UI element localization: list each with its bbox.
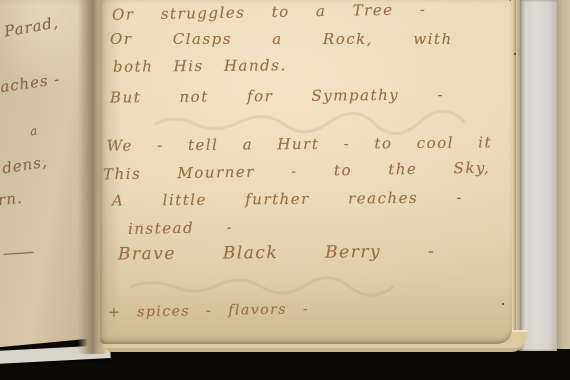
manuscript-fragment: aches - <box>0 70 61 96</box>
manuscript-line: But not for Sympathy - <box>110 86 444 107</box>
manuscript-line-text: We - tell a Hurt - to cool it - <box>107 133 512 155</box>
manuscript-page: Or struggles to a Tree - Or Clasps a Roc… <box>100 0 512 344</box>
manuscript-fragment: rn. <box>0 189 23 209</box>
manuscript-line-variant-note: + spices - flavors - <box>108 301 309 321</box>
manuscript-fragment: dens, <box>1 153 49 178</box>
manuscript-line: both His Hands. <box>113 56 287 76</box>
paper-speck <box>514 53 516 55</box>
ink-showthrough <box>125 272 425 302</box>
manuscript-line: This Mourner - to the Sky, <box>103 159 491 184</box>
dash-stroke: — <box>1 242 37 262</box>
manuscript-line: +We - tell a Hurt - to cool it - <box>100 133 512 155</box>
manuscript-line: Brave Black Berry - <box>118 242 435 265</box>
photograph-of-manuscript: Parad, aches - a dens, rn. — Or struggle… <box>0 0 570 380</box>
manuscript-fragment: a <box>29 124 39 139</box>
manuscript-line: instead - <box>128 218 233 238</box>
page-block-edge <box>516 0 520 349</box>
manuscript-fragment: Parad, <box>3 13 60 40</box>
manuscript-line: Or Clasps a Rock, with <box>110 30 453 48</box>
white-backing-paper-edge <box>519 0 557 351</box>
pen-stroke-fragment: — <box>1 243 18 262</box>
far-right-paper-edge <box>556 0 570 349</box>
paper-speck <box>502 303 504 305</box>
manuscript-line: Or struggles to a Tree - <box>112 0 427 23</box>
manuscript-line: A little further reaches - <box>112 188 463 209</box>
